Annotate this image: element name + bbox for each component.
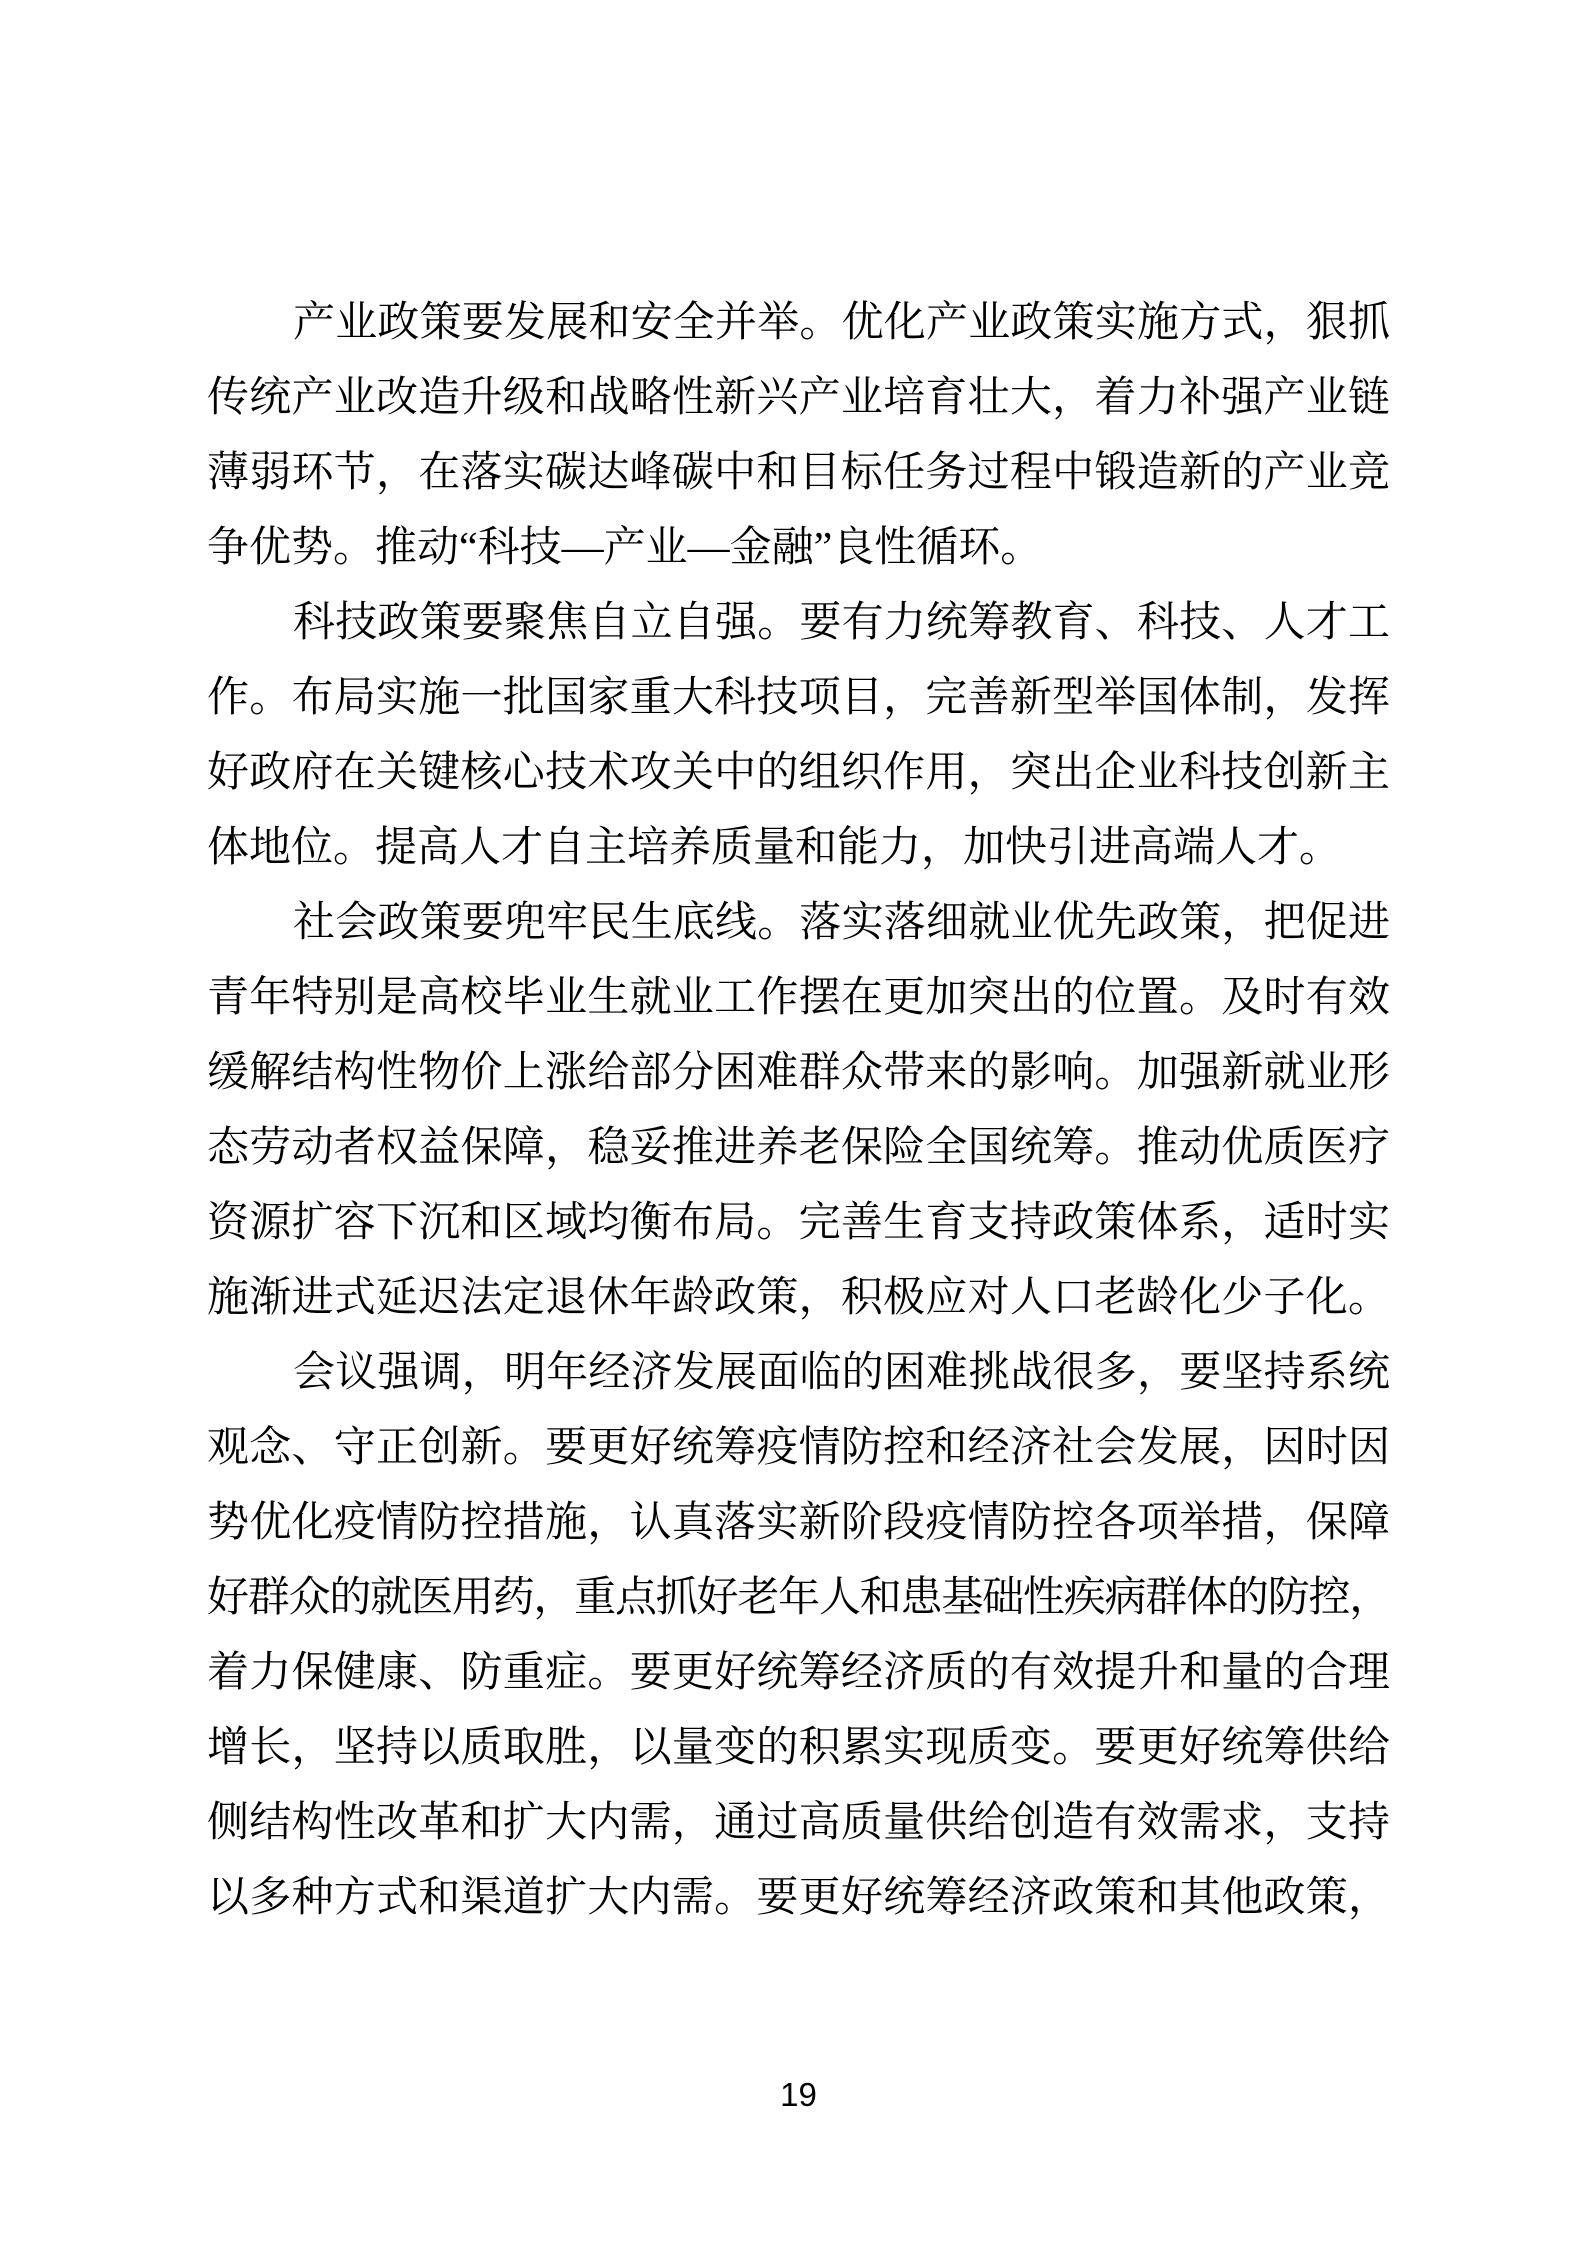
text-line: 着力保健康、防重症。要更好统筹经济质的有效提升和量的合理 [207,1636,1390,1711]
text-line: 会议强调，明年经济发展面临的困难挑战很多，要坚持系统 [207,1336,1390,1411]
document-page: 产业政策要发展和安全并举。优化产业政策实施方式，狠抓传统产业改造升级和战略性新兴… [0,0,1587,2245]
text-line: 体地位。提高人才自主培养质量和能力，加快引进高端人才。 [207,811,1390,886]
text-line: 科技政策要聚焦自立自强。要有力统筹教育、科技、人才工 [207,586,1390,661]
text-line: 作。布局实施一批国家重大科技项目，完善新型举国体制，发挥 [207,661,1390,736]
text-line: 势优化疫情防控措施，认真落实新阶段疫情防控各项举措，保障 [207,1486,1390,1561]
text-line: 传统产业改造升级和战略性新兴产业培育壮大，着力补强产业链 [207,361,1390,436]
text-line: 好群众的就医用药，重点抓好老年人和患基础性疾病群体的防控， [207,1561,1390,1636]
text-line: 态劳动者权益保障，稳妥推进养老保险全国统筹。推动优质医疗 [207,1111,1390,1186]
text-line: 青年特别是高校毕业生就业工作摆在更加突出的位置。及时有效 [207,961,1390,1036]
text-line: 增长，坚持以质取胜，以量变的积累实现质变。要更好统筹供给 [207,1711,1390,1786]
page-footer: 19 [207,2076,1390,2114]
text-line: 缓解结构性物价上涨给部分困难群众带来的影响。加强新就业形 [207,1036,1390,1111]
text-line: 资源扩容下沉和区域均衡布局。完善生育支持政策体系，适时实 [207,1186,1390,1261]
page-number: 19 [780,2076,817,2113]
text-line: 侧结构性改革和扩大内需，通过高质量供给创造有效需求，支持 [207,1786,1390,1861]
text-line: 以多种方式和渠道扩大内需。要更好统筹经济政策和其他政策， [207,1861,1390,1936]
text-line: 产业政策要发展和安全并举。优化产业政策实施方式，狠抓 [207,286,1390,361]
text-line: 好政府在关键核心技术攻关中的组织作用，突出企业科技创新主 [207,736,1390,811]
text-line: 争优势。推动“科技—产业—金融”良性循环。 [207,511,1390,586]
text-line: 薄弱环节，在落实碳达峰碳中和目标任务过程中锻造新的产业竞 [207,436,1390,511]
text-line: 施渐进式延迟法定退休年龄政策，积极应对人口老龄化少子化。 [207,1261,1390,1336]
text-line: 社会政策要兜牢民生底线。落实落细就业优先政策，把促进 [207,886,1390,961]
document-body: 产业政策要发展和安全并举。优化产业政策实施方式，狠抓传统产业改造升级和战略性新兴… [207,286,1390,1936]
text-line: 观念、守正创新。要更好统筹疫情防控和经济社会发展，因时因 [207,1411,1390,1486]
